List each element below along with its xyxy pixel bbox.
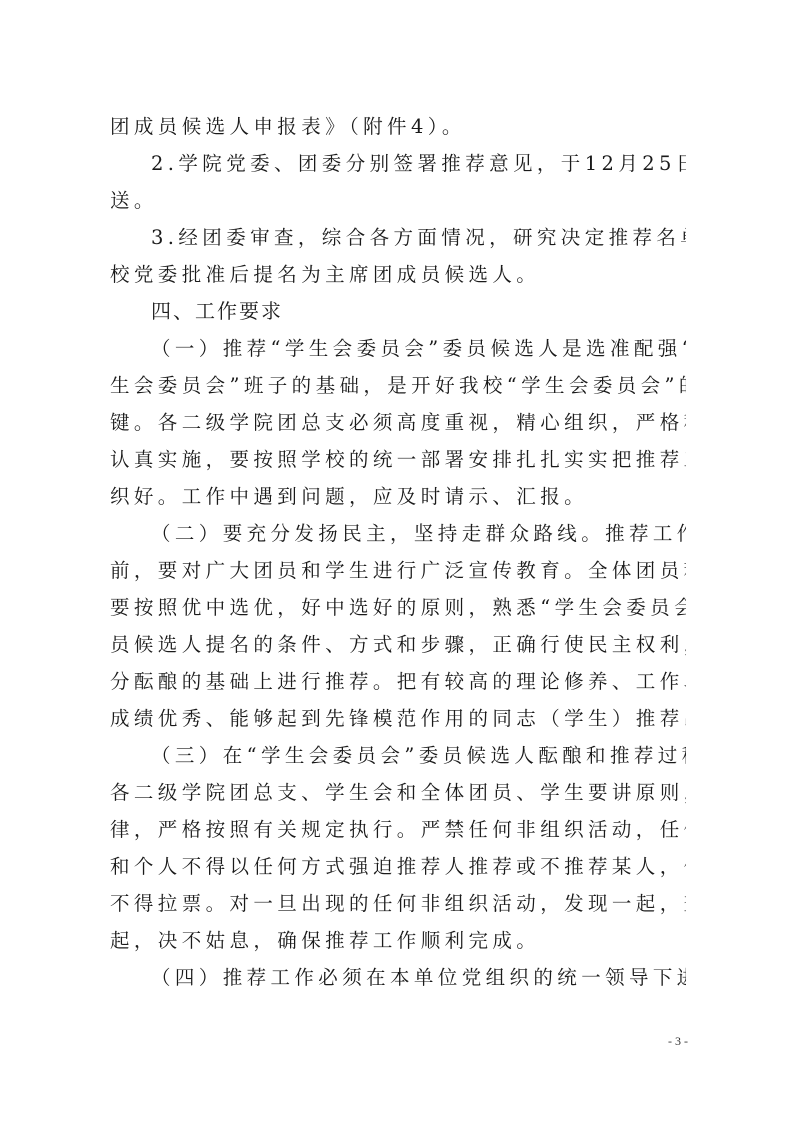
page-number: - 3 -	[668, 1034, 688, 1049]
text-line: 不得拉票。对一旦出现的任何非组织活动，发现一起，查处一	[110, 885, 686, 922]
text-line: 成绩优秀、能够起到先锋模范作用的同志（学生）推荐出来。	[110, 700, 686, 737]
text-line: 要按照优中选优，好中选好的原则，熟悉“学生会委员会”委	[110, 589, 686, 626]
text-line: （一）推荐“学生会委员会”委员候选人是选准配强“学	[110, 330, 686, 367]
text-line: 和个人不得以任何方式强迫推荐人推荐或不推荐某人，任何人	[110, 848, 686, 885]
text-line: 各二级学院团总支、学生会和全体团员、学生要讲原则，讲纪	[110, 774, 686, 811]
text-line: 团成员候选人申报表》（附件4）。	[110, 108, 686, 145]
section-heading: 四、工作要求	[110, 293, 686, 330]
text-line: 织好。工作中遇到问题，应及时请示、汇报。	[110, 478, 686, 515]
text-line: 分酝酿的基础上进行推荐。把有较高的理论修养、工作、学习	[110, 663, 686, 700]
document-body: 团成员候选人申报表》（附件4）。 2.学院党委、团委分别签署推荐意见，于12月2…	[110, 108, 686, 996]
text-line: （四）推荐工作必须在本单位党组织的统一领导下进行。	[110, 959, 686, 996]
text-line: 前，要对广大团员和学生进行广泛宣传教育。全体团员和学生	[110, 552, 686, 589]
text-line: 生会委员会”班子的基础，是开好我校“学生会委员会”的关	[110, 367, 686, 404]
text-line: 送。	[110, 182, 686, 219]
text-line: 律，严格按照有关规定执行。严禁任何非组织活动，任何组织	[110, 811, 686, 848]
text-line: 校党委批准后提名为主席团成员候选人。	[110, 256, 686, 293]
text-line: 员候选人提名的条件、方式和步骤，正确行使民主权利，在充	[110, 626, 686, 663]
text-line: 2.学院党委、团委分别签署推荐意见，于12月25日前报	[110, 145, 686, 182]
text-line: 起，决不姑息，确保推荐工作顺利完成。	[110, 922, 686, 959]
text-line: 认真实施，要按照学校的统一部署安排扎扎实实把推荐工作组	[110, 441, 686, 478]
text-line: （三）在“学生会委员会”委员候选人酝酿和推荐过程中，	[110, 737, 686, 774]
text-line: 3.经团委审查，综合各方面情况，研究决定推荐名单，报	[110, 219, 686, 256]
text-line: 键。各二级学院团总支必须高度重视，精心组织，严格程序，	[110, 404, 686, 441]
text-line: （二）要充分发扬民主，坚持走群众路线。推荐工作开始	[110, 515, 686, 552]
